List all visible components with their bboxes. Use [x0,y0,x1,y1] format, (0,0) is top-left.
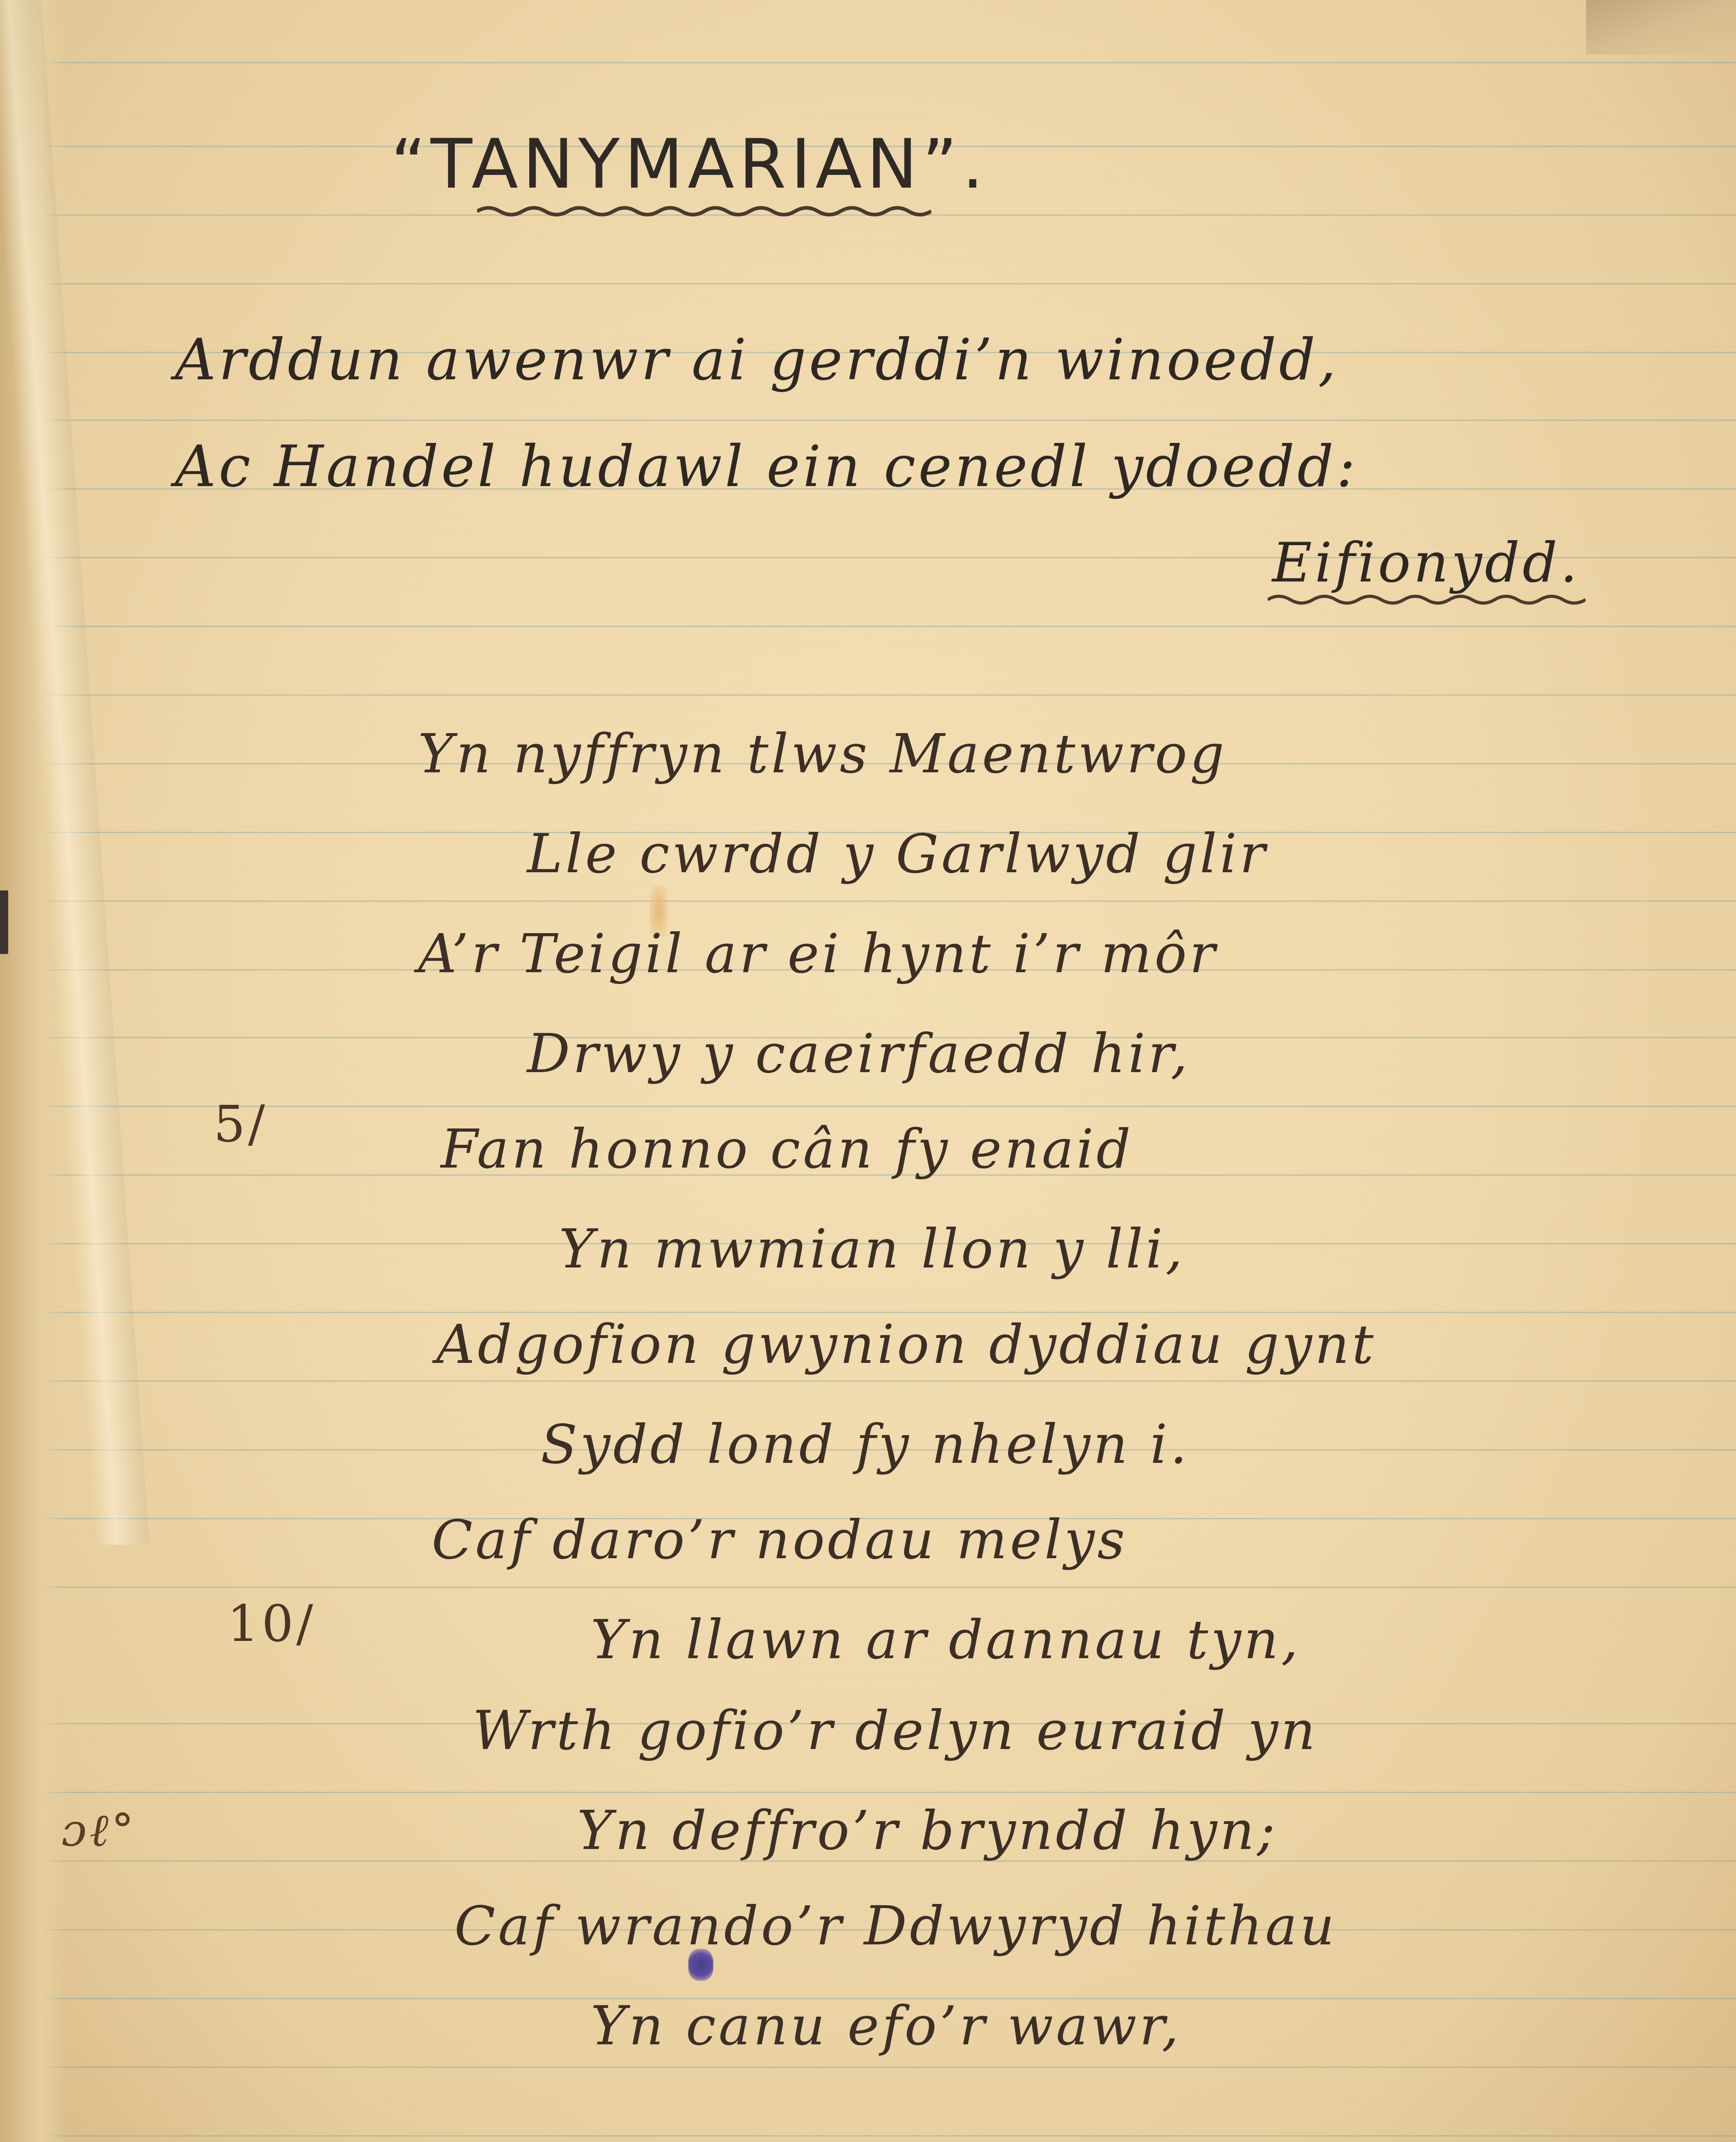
manuscript-page: “TANYMARIAN”. Arddun awenwr ai gerddi’n … [0,0,1736,2142]
verse-line-2: Lle cwrdd y Garlwyd glir [527,822,1268,885]
torn-corner [1586,0,1736,55]
verse-line-5: Fan honno cân fy enaid [441,1118,1134,1180]
epigraph-line-1: Arddun awenwr ai gerddi’n winoedd, [175,327,1339,393]
verse-line-13: Caf wrando’r Ddwyryd hithau [454,1894,1337,1957]
verse-line-7: Adgofion gwynion dyddiau gynt [436,1313,1376,1376]
blue-ink-blot [688,1949,713,1981]
verse-line-6: Yn mwmian llon y lli, [559,1218,1185,1280]
verse-line-4: Drwy y caeirfaedd hir, [527,1022,1190,1085]
verse-line-10: Yn llawn ar dannau tyn, [591,1608,1301,1671]
page-title: “TANYMARIAN”. [391,125,988,204]
verse-line-9: Caf daro’r nodau melys [432,1508,1128,1571]
verse-line-11: Wrth gofio’r delyn euraid yn [473,1699,1318,1762]
epigraph-line-2: Ac Handel hudawl ein cenedl ydoedd: [175,434,1358,500]
line-number-5: 5/ [214,1095,268,1153]
line-number-10: 10/ [227,1595,316,1653]
binding-staple-shadow [0,922,8,940]
verse-line-12: Yn deffro’r bryndd hyn; [577,1799,1278,1862]
verse-line-8: Sydd lond fy nhelyn i. [541,1413,1190,1476]
verse-line-14: Yn canu efo’r wawr, [591,1994,1182,2057]
verse-line-1: Yn nyffryn tlws Maentwrog [418,722,1227,785]
verse-line-3: A’r Teigil ar ei hynt i’r môr [418,922,1218,985]
attribution-wavy-underline [1268,593,1586,606]
title-wavy-underline [477,204,931,218]
epigraph-attribution: Eifionydd. [1272,532,1580,595]
margin-mark: ɔℓ° [61,1804,137,1857]
